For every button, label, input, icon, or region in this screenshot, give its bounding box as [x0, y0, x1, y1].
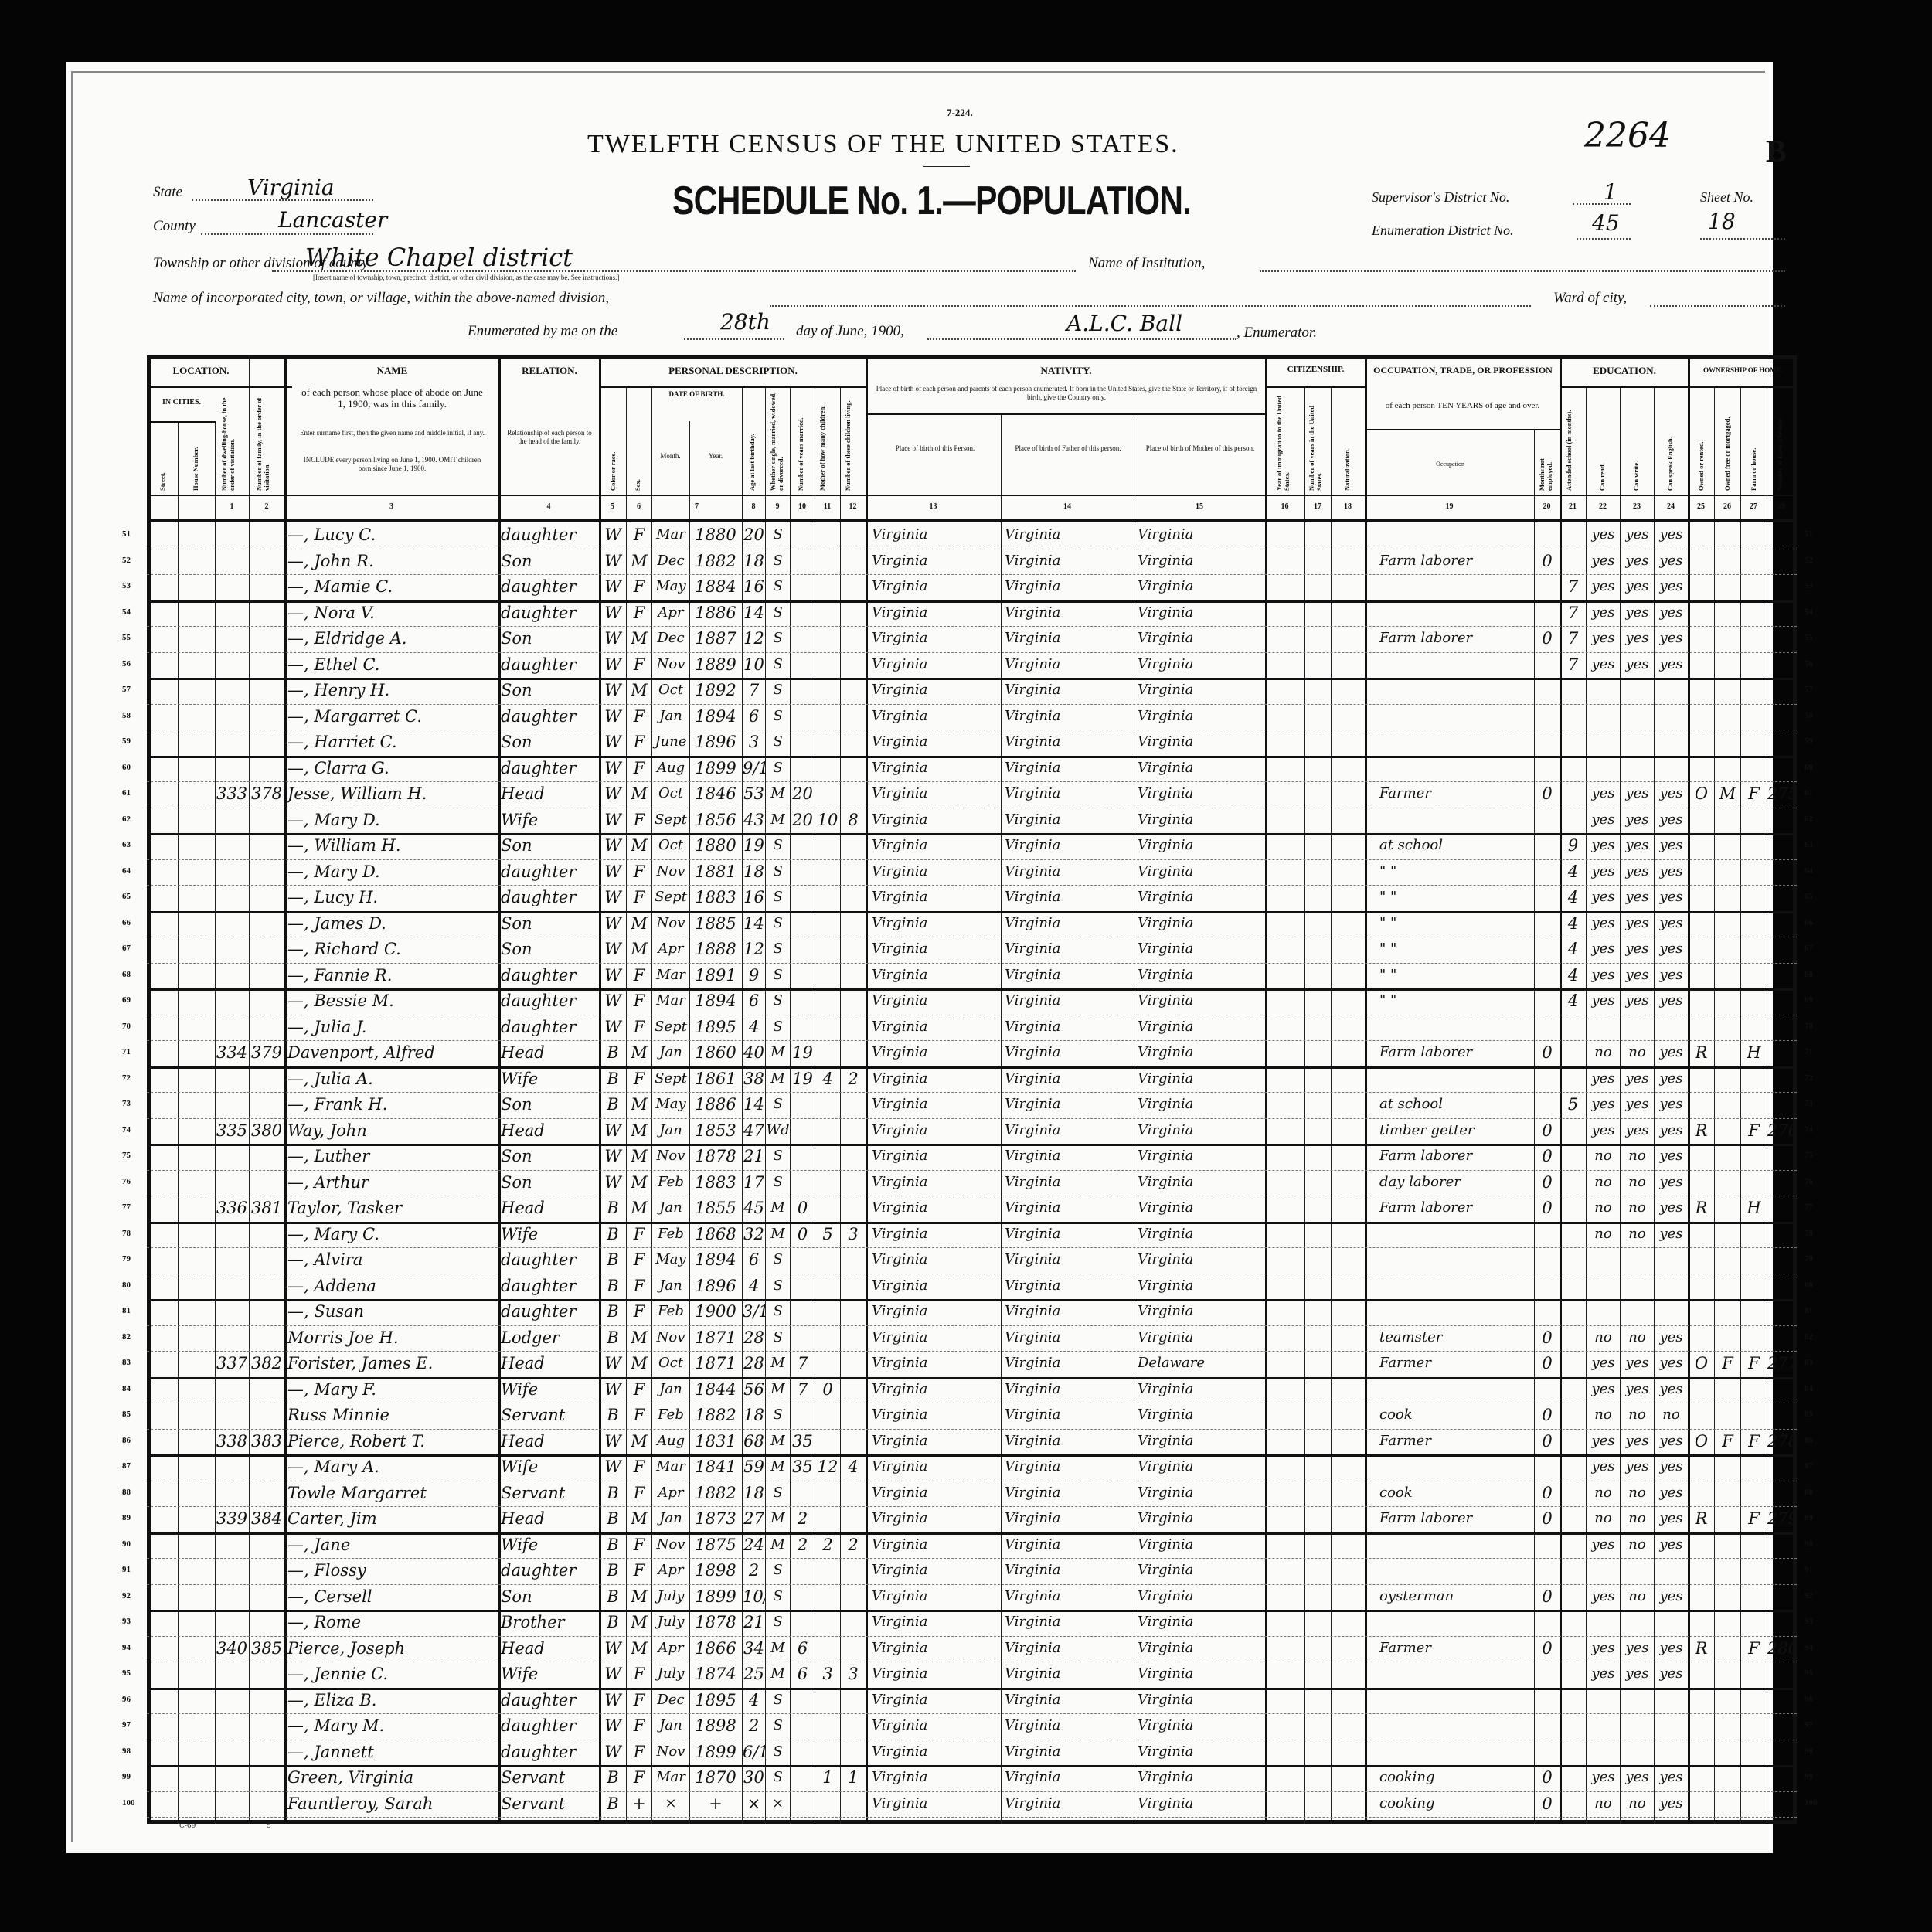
relation: daughter	[501, 1740, 598, 1764]
col-number: 4	[498, 502, 599, 511]
birthplace-person: Virginia	[872, 1688, 1000, 1713]
relation: Son	[501, 1170, 598, 1195]
color-race: B	[600, 1765, 626, 1790]
birth-year: 1888	[690, 937, 741, 961]
location-header: LOCATION.	[147, 365, 255, 377]
birth-month: Jan	[652, 1506, 689, 1531]
person-name: —, Jannett	[287, 1740, 498, 1764]
line-number-left: 69	[122, 995, 131, 1005]
birthplace-father: Virginia	[1005, 1299, 1133, 1324]
birth-month: Jan	[652, 1118, 689, 1143]
color-race: W	[600, 1636, 626, 1661]
schedule-title: SCHEDULE No. 1.—POPULATION.	[672, 178, 1191, 224]
attended-school: 7	[1560, 600, 1586, 625]
person-name: —, Cersell	[287, 1584, 498, 1609]
age: 16	[743, 574, 765, 599]
line-number-right: 81	[1804, 1306, 1813, 1315]
birthplace-person: Virginia	[872, 1144, 1000, 1168]
supervisor-line	[1573, 203, 1631, 205]
birthplace-mother: Virginia	[1138, 911, 1264, 936]
sex: F	[627, 1247, 651, 1272]
owned-or-rented: R	[1689, 1040, 1714, 1065]
birthplace-father: Virginia	[1005, 1092, 1133, 1117]
age: 34	[743, 1636, 765, 1661]
birth-month: Jan	[652, 1196, 689, 1220]
birthplace-father: Virginia	[1005, 704, 1133, 729]
birthplace-mother: Virginia	[1138, 1274, 1264, 1298]
citizenship-header: CITIZENSHIP.	[1267, 365, 1365, 374]
birth-month: May	[652, 574, 689, 599]
sex: M	[627, 1196, 651, 1220]
children-living: 4	[841, 1454, 866, 1479]
col-number: 21	[1560, 502, 1586, 511]
can-speak-english: yes	[1655, 1506, 1688, 1531]
color-race: W	[600, 652, 626, 677]
farm-schedule-number: 278	[1767, 1429, 1797, 1454]
supervisor-value: 1	[1604, 179, 1617, 205]
marital-status: S	[766, 1247, 790, 1272]
birthplace-person: Virginia	[872, 600, 1000, 625]
header-rule	[147, 421, 216, 423]
line-number-left: 81	[122, 1306, 131, 1315]
relation: daughter	[501, 652, 598, 677]
marital-status: M	[766, 1636, 790, 1661]
years-married: 19	[791, 1066, 815, 1091]
sex: M	[627, 1325, 651, 1350]
birthplace-mother: Virginia	[1138, 1429, 1264, 1454]
birth-month: Oct	[652, 1351, 689, 1376]
birthplace-person: Virginia	[872, 704, 1000, 729]
sheet-line	[1700, 238, 1785, 240]
birthplace-father: Virginia	[1005, 1247, 1133, 1272]
birth-month: Feb	[652, 1222, 689, 1247]
birthplace-person: Virginia	[872, 1403, 1000, 1427]
color-header: Color or race.	[609, 433, 617, 491]
birthplace-father: Virginia	[1005, 1688, 1133, 1713]
color-race: W	[600, 522, 626, 547]
month-header: Month.	[651, 452, 689, 461]
birthplace-person: Virginia	[872, 1636, 1000, 1661]
line-number-right: 72	[1804, 1073, 1813, 1083]
relation: Head	[501, 1351, 598, 1376]
can-read: yes	[1587, 1377, 1620, 1402]
state-value: Virginia	[247, 175, 335, 200]
sex: M	[627, 1092, 651, 1117]
occupation-subheader: Occupation	[1366, 460, 1534, 468]
birth-month: Jan	[652, 1040, 689, 1065]
relation: Head	[501, 1429, 598, 1454]
birthplace-person: Virginia	[872, 1351, 1000, 1376]
years-married: 0	[791, 1222, 815, 1247]
can-read: no	[1587, 1791, 1620, 1816]
relation: daughter	[501, 704, 598, 729]
person-name: —, Jane	[287, 1532, 498, 1557]
year-header: Year.	[689, 452, 742, 461]
birthplace-mother: Virginia	[1138, 626, 1264, 651]
can-write: yes	[1621, 885, 1654, 910]
birthplace-mother: Virginia	[1138, 1791, 1264, 1816]
color-race: W	[600, 988, 626, 1013]
line-number-right: 75	[1804, 1151, 1813, 1160]
birth-year: 1899	[690, 1584, 741, 1609]
name-description: of each person whose place of abode on J…	[298, 386, 487, 410]
color-race: W	[600, 859, 626, 884]
children-living-header: Number of these children living.	[844, 390, 862, 491]
in-cities-header: IN CITIES.	[147, 398, 216, 406]
can-speak-english: yes	[1655, 859, 1688, 884]
naturalization-header: Naturalization.	[1343, 421, 1351, 491]
sex: M	[627, 1351, 651, 1376]
can-read: no	[1587, 1144, 1620, 1168]
can-speak-english: yes	[1655, 1066, 1688, 1091]
birth-year: 1900	[690, 1299, 741, 1324]
color-race: W	[600, 1454, 626, 1479]
col-number: 7	[651, 502, 742, 511]
owned-rented-header: Owned or rented.	[1697, 417, 1705, 491]
birth-year: 1866	[690, 1636, 741, 1661]
sex: M	[627, 1040, 651, 1065]
marital-status: M	[766, 1662, 790, 1686]
can-read: no	[1587, 1222, 1620, 1247]
birthplace-father: Virginia	[1005, 626, 1133, 651]
age: 3/12	[743, 1299, 765, 1324]
birthplace-person: Virginia	[872, 1610, 1000, 1634]
line-number-right: 91	[1804, 1565, 1813, 1574]
birth-year: 1881	[690, 859, 741, 884]
birthplace-father: Virginia	[1005, 1118, 1133, 1143]
line-number-right: 83	[1804, 1358, 1813, 1367]
marital-status: S	[766, 678, 790, 702]
line-number-right: 77	[1804, 1202, 1813, 1212]
birth-month: May	[652, 1092, 689, 1117]
col-number: 27	[1740, 502, 1767, 511]
color-race: W	[600, 600, 626, 625]
sex: M	[627, 1429, 651, 1454]
birthplace-mother: Virginia	[1138, 1170, 1264, 1195]
line-number-left: 54	[122, 607, 131, 617]
mother-of: 2	[815, 1532, 840, 1557]
line-number-right: 89	[1804, 1513, 1813, 1522]
color-race: W	[600, 626, 626, 651]
mother-of: 4	[815, 1066, 840, 1091]
color-race: B	[600, 1040, 626, 1065]
marital-status: S	[766, 1584, 790, 1609]
birth-year: 1882	[690, 1403, 741, 1427]
age: 21	[743, 1144, 765, 1168]
line-number-left: 51	[122, 529, 131, 539]
birthplace-father: Virginia	[1005, 808, 1133, 832]
birth-year: 1844	[690, 1377, 741, 1402]
attended-school: 7	[1560, 626, 1586, 651]
sex: M	[627, 1144, 651, 1168]
color-race: W	[600, 808, 626, 832]
can-speak-english: yes	[1655, 549, 1688, 573]
line-number-right: 88	[1804, 1488, 1813, 1497]
name-instruction: Enter surname first, then the given name…	[298, 429, 487, 437]
birth-year: 1894	[690, 988, 741, 1013]
person-name: —, Mary A.	[287, 1454, 498, 1479]
farm-house-header: Farm or house.	[1750, 437, 1757, 491]
sheet-id: 2264	[1584, 116, 1671, 155]
birthplace-father: Virginia	[1005, 988, 1133, 1013]
can-write: yes	[1621, 652, 1654, 677]
sex: F	[627, 704, 651, 729]
line-number-left: 84	[122, 1384, 131, 1393]
birthplace-person: Virginia	[872, 1506, 1000, 1531]
age: 18	[743, 1403, 765, 1427]
person-name: —, Mamie C.	[287, 574, 498, 599]
birthplace-father: Virginia	[1005, 1662, 1133, 1686]
owned-or-rented: O	[1689, 1429, 1714, 1454]
birthplace-father: Virginia	[1005, 730, 1133, 754]
can-read-header: Can read.	[1598, 444, 1606, 491]
age: 14	[743, 911, 765, 936]
sex: F	[627, 1688, 651, 1713]
relation: Head	[501, 1118, 598, 1143]
marital-status: S	[766, 549, 790, 573]
months-unemployed: 0	[1535, 1144, 1560, 1168]
age: 18	[743, 549, 765, 573]
birthplace-father: Virginia	[1005, 1274, 1133, 1298]
months-unemployed: 0	[1535, 1791, 1560, 1816]
dwelling-number: 335	[215, 1118, 249, 1143]
birthplace-father: Virginia	[1005, 756, 1133, 781]
line-number-right: 94	[1804, 1643, 1813, 1652]
enumerated-day: 28th	[720, 309, 770, 335]
person-name: —, Bessie M.	[287, 988, 498, 1013]
family-number: 384	[249, 1506, 284, 1531]
years-married: 6	[791, 1636, 815, 1661]
col-number: 26	[1714, 502, 1740, 511]
sheet-label: Sheet No.	[1700, 189, 1753, 206]
enumerated-prefix: Enumerated by me on the	[468, 323, 617, 340]
birth-month: Nov	[652, 911, 689, 936]
marital-status: S	[766, 1170, 790, 1195]
person-name: —, Jennie C.	[287, 1662, 498, 1686]
sex: F	[627, 1274, 651, 1298]
line-number-right: 57	[1804, 685, 1813, 694]
can-speak-english: yes	[1655, 1584, 1688, 1609]
city-label: Name of incorporated city, town, or vill…	[153, 290, 609, 307]
can-write: yes	[1621, 1662, 1654, 1686]
person-name: Towle Margarret	[287, 1481, 498, 1505]
owned-or-rented: R	[1689, 1506, 1714, 1531]
occupation: cooking	[1379, 1791, 1532, 1816]
birthplace-father: Virginia	[1005, 1377, 1133, 1402]
age: 6	[743, 704, 765, 729]
birthplace-person: Virginia	[872, 808, 1000, 832]
mother-of: 3	[815, 1662, 840, 1686]
can-read: yes	[1587, 781, 1620, 806]
birthplace-mother: Virginia	[1138, 1144, 1264, 1168]
can-speak-english: yes	[1655, 1351, 1688, 1376]
person-name: —, William H.	[287, 833, 498, 858]
age: 17	[743, 1170, 765, 1195]
mother-of-header: Mother of how many children.	[818, 390, 837, 491]
relation: Son	[501, 1584, 598, 1609]
mother-of: 10	[815, 808, 840, 832]
farm-schedule-number: 275	[1767, 781, 1797, 806]
can-speak-english: yes	[1655, 937, 1688, 961]
birthplace-person: Virginia	[872, 1040, 1000, 1065]
marital-status: M	[766, 808, 790, 832]
marital-status: S	[766, 600, 790, 625]
line-number-left: 96	[122, 1695, 131, 1704]
line-number-right: 92	[1804, 1591, 1813, 1600]
birth-month: Apr	[652, 1636, 689, 1661]
birthplace-person: Virginia	[872, 522, 1000, 547]
color-race: B	[600, 1791, 626, 1816]
age: 4	[743, 1015, 765, 1039]
years-married: 0	[791, 1196, 815, 1220]
sex: F	[627, 1403, 651, 1427]
birthplace-father: Virginia	[1005, 678, 1133, 702]
can-write: yes	[1621, 1377, 1654, 1402]
line-number-left: 70	[122, 1022, 131, 1031]
children-living: 3	[841, 1662, 866, 1686]
relation: daughter	[501, 1015, 598, 1039]
can-speak-english: yes	[1655, 1636, 1688, 1661]
birthplace-mother: Virginia	[1138, 678, 1264, 702]
col-number: 13	[866, 502, 1001, 511]
family-number: 379	[249, 1040, 284, 1065]
line-number-left: 97	[122, 1720, 131, 1730]
marital-status: S	[766, 1299, 790, 1324]
color-race: W	[600, 1118, 626, 1143]
can-read: yes	[1587, 1662, 1620, 1686]
col-number: 2	[249, 502, 284, 511]
occupation-description: of each person TEN YEARS of age and over…	[1372, 402, 1553, 410]
line-number-right: 97	[1804, 1720, 1813, 1730]
birth-year: 1868	[690, 1222, 741, 1247]
can-read: yes	[1587, 911, 1620, 936]
can-write: yes	[1621, 1118, 1654, 1143]
relation: daughter	[501, 522, 598, 547]
years-in-us-header: Number of years in the United States.	[1308, 390, 1329, 491]
color-race: W	[600, 1351, 626, 1376]
person-name: Davenport, Alfred	[287, 1040, 498, 1065]
birth-mother-header: Place of birth of Mother of this person.	[1135, 444, 1265, 453]
enumerator-label: , Enumerator.	[1236, 325, 1317, 342]
age: 18	[743, 859, 765, 884]
months-unemployed: 0	[1535, 1429, 1560, 1454]
col-divider	[249, 355, 250, 1824]
can-write: no	[1621, 1584, 1654, 1609]
can-write: no	[1621, 1222, 1654, 1247]
education-header: EDUCATION.	[1561, 365, 1688, 377]
occupation: " "	[1379, 937, 1532, 961]
sex: F	[627, 730, 651, 754]
occupation: " "	[1379, 885, 1532, 910]
birthplace-mother: Virginia	[1138, 1481, 1264, 1505]
line-number-right: 95	[1804, 1668, 1813, 1678]
free-mortgaged-header: Owned free or mortgaged.	[1723, 390, 1731, 491]
birthplace-person: Virginia	[872, 859, 1000, 884]
months-unemployed: 0	[1535, 1170, 1560, 1195]
person-name: —, Luther	[287, 1144, 498, 1168]
marital-status: S	[766, 1558, 790, 1583]
can-speak-english: yes	[1655, 1222, 1688, 1247]
birthplace-mother: Virginia	[1138, 937, 1264, 961]
years-married: 2	[791, 1532, 815, 1557]
line-number-left: 86	[122, 1436, 131, 1445]
color-race: W	[600, 1713, 626, 1738]
birthplace-person: Virginia	[872, 1791, 1000, 1816]
birthplace-person: Virginia	[872, 1247, 1000, 1272]
can-read: yes	[1587, 522, 1620, 547]
birth-month: Dec	[652, 549, 689, 573]
can-read: yes	[1587, 549, 1620, 573]
birth-year: 1899	[690, 756, 741, 781]
can-speak-english: yes	[1655, 781, 1688, 806]
birthplace-person: Virginia	[872, 1118, 1000, 1143]
marital-status: S	[766, 859, 790, 884]
birthplace-father: Virginia	[1005, 1222, 1133, 1247]
birthplace-mother: Virginia	[1138, 781, 1264, 806]
state-label: State	[153, 184, 182, 201]
person-name: —, Harriet C.	[287, 730, 498, 754]
age: 12	[743, 937, 765, 961]
can-read: yes	[1587, 1454, 1620, 1479]
can-read: yes	[1587, 937, 1620, 961]
birthplace-father: Virginia	[1005, 937, 1133, 961]
relation: Son	[501, 1144, 598, 1168]
can-write: yes	[1621, 1429, 1654, 1454]
can-read: no	[1587, 1040, 1620, 1065]
owned-or-rented: O	[1689, 781, 1714, 806]
color-race: B	[600, 1247, 626, 1272]
col-number: 23	[1620, 502, 1654, 511]
birthplace-mother: Virginia	[1138, 1584, 1264, 1609]
marital-status: M	[766, 781, 790, 806]
col-number: 1	[215, 502, 249, 511]
line-number-right: 67	[1804, 944, 1813, 953]
person-name: —, Margarret C.	[287, 704, 498, 729]
marital-status: M	[766, 1506, 790, 1531]
occupation: Farm laborer	[1379, 1040, 1532, 1065]
birth-month: Jan	[652, 1274, 689, 1298]
person-name: —, Rome	[287, 1610, 498, 1634]
sex: M	[627, 549, 651, 573]
marital-status: S	[766, 626, 790, 651]
sex: M	[627, 833, 651, 858]
age: 9	[743, 963, 765, 988]
birthplace-mother: Virginia	[1138, 756, 1264, 781]
enumerated-day-line	[684, 338, 784, 340]
birth-month: Jan	[652, 1713, 689, 1738]
relation: Servant	[501, 1765, 598, 1790]
line-number-right: 53	[1804, 581, 1813, 590]
birth-month: July	[652, 1610, 689, 1634]
attended-school: 4	[1560, 885, 1586, 910]
birthplace-mother: Virginia	[1138, 1325, 1264, 1350]
age: 56	[743, 1377, 765, 1402]
color-race: B	[600, 1481, 626, 1505]
person-name: —, James D.	[287, 911, 498, 936]
owned-or-rented: O	[1689, 1351, 1714, 1376]
birthplace-mother: Virginia	[1138, 833, 1264, 858]
birth-year: 1896	[690, 1274, 741, 1298]
line-number-left: 61	[122, 788, 131, 798]
birthplace-father: Virginia	[1005, 1481, 1133, 1505]
relation: Head	[501, 781, 598, 806]
can-read: yes	[1587, 1092, 1620, 1117]
birthplace-mother: Virginia	[1138, 730, 1264, 754]
age: 27	[743, 1506, 765, 1531]
birthplace-father: Virginia	[1005, 600, 1133, 625]
can-read: yes	[1587, 833, 1620, 858]
sex: F	[627, 1015, 651, 1039]
